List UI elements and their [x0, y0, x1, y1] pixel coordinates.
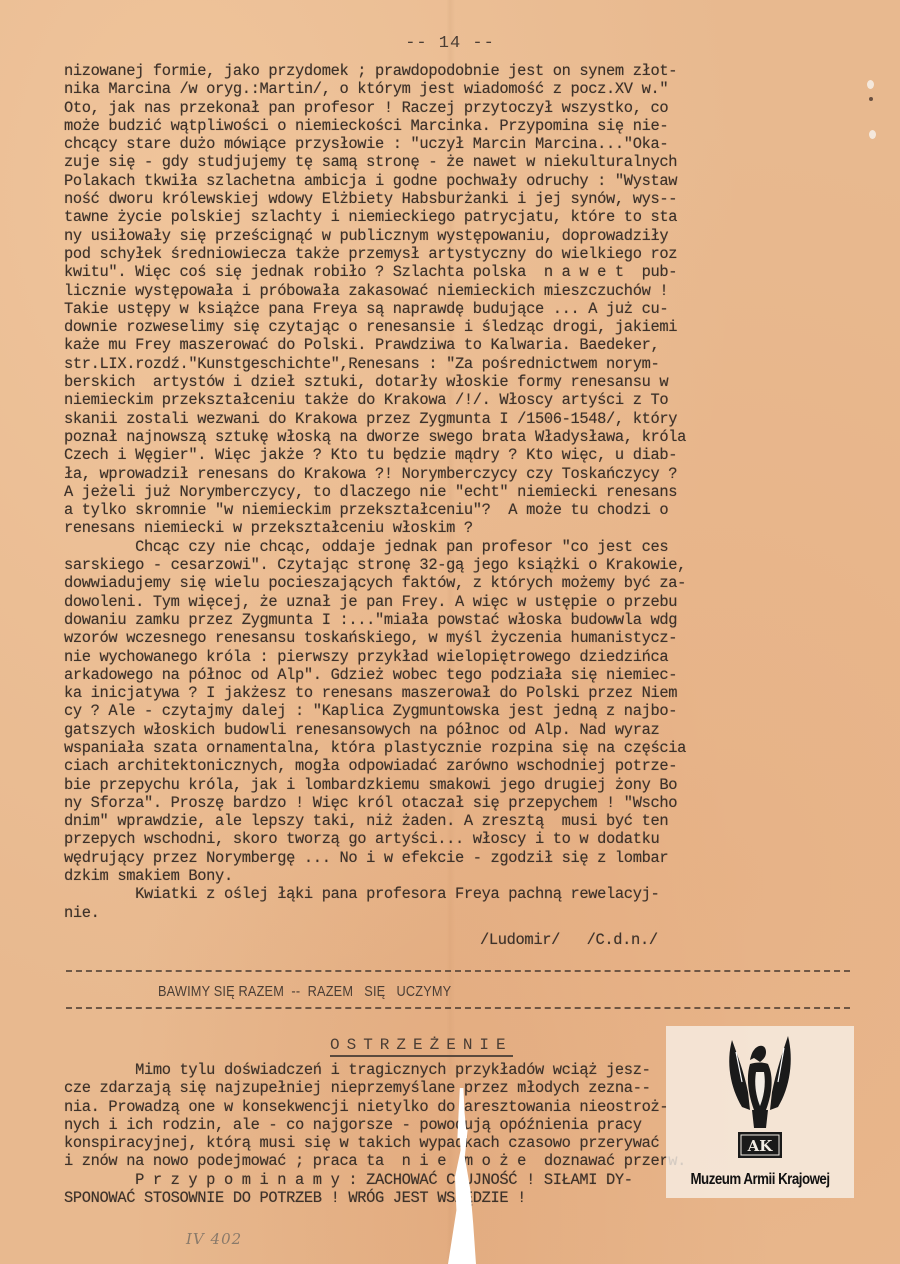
- warning-title: OSTRZEŻENIE: [330, 1036, 513, 1057]
- eagle-anchor-emblem-icon: AK: [724, 1032, 796, 1162]
- text-line: ny usiłowały się prześcignąć w publiczny…: [64, 227, 864, 245]
- text-line: bie przepychu króla, jak i lombardzkiemu…: [64, 776, 864, 794]
- svg-text:AK: AK: [747, 1137, 774, 1155]
- text-line: berskich artystów i dzieł sztuki, dotarł…: [64, 373, 864, 391]
- punch-hole: [869, 130, 876, 139]
- text-line: arkadowego na północ od Alp". Gdzież wob…: [64, 666, 864, 684]
- text-line: Polakach tkwiła szlachetna ambicja i god…: [64, 172, 864, 190]
- text-line: sarskiego - cesarzowi". Czytając stronę …: [64, 556, 864, 574]
- text-line: tawne życie polskiej szlachty i niemieck…: [64, 208, 864, 226]
- text-line: ny Sforza". Proszę bardzo ! Więc król ot…: [64, 794, 864, 812]
- text-line: A jeżeli już Norymberczycy, to dlaczego …: [64, 483, 864, 501]
- text-line: nie wychowanego króla : pierwszy przykła…: [64, 648, 864, 666]
- text-line: poznał najnowszą sztukę włoską na dworze…: [64, 428, 864, 446]
- text-line: cy ? Ale - czytajmy dalej : "Kaplica Zyg…: [64, 702, 864, 720]
- punch-hole-mark: [869, 97, 873, 101]
- text-line: ła, wprowadził renesans do Krakowa ?! No…: [64, 465, 864, 483]
- text-line: downie rozweselimy się czytając o renesa…: [64, 318, 864, 336]
- text-line: dowwiadujemy się wielu pocieszających fa…: [64, 574, 864, 592]
- archive-number: IV 402: [186, 1230, 242, 1248]
- museum-watermark: AK Muzeum Armii Krajowej: [666, 1026, 854, 1198]
- text-line: wzorów wczesnego renesansu toskańskiego,…: [64, 629, 864, 647]
- text-line: przepych wschodni, skoro tworzą go artyś…: [64, 830, 864, 848]
- text-line: zuje się - gdy studjujemy tę samą stronę…: [64, 153, 864, 171]
- text-line: nika Marcina /w oryg.:Martin/, o którym …: [64, 80, 864, 98]
- page-number: -- 14 --: [0, 34, 900, 53]
- signature: /Ludomir/ /C.d.n./: [480, 931, 780, 949]
- text-line: wspaniała szata ornamentalna, która plas…: [64, 739, 864, 757]
- text-line: pod schyłek średniowiecza także przemysł…: [64, 245, 864, 263]
- text-line: Chcąc czy nie chcąc, oddaje jednak pan p…: [64, 538, 864, 556]
- text-line: ciach architektonicznych, mogła odpowiad…: [64, 757, 864, 775]
- text-line: niemieckim przekształceniu także do Krak…: [64, 391, 864, 409]
- text-line: ka inicjatywa ? I jakżesz to renesans ma…: [64, 684, 864, 702]
- text-line: licznie występowała i próbowała zakasowa…: [64, 282, 864, 300]
- text-line: a tylko skromnie "w niemieckim przekszta…: [64, 501, 864, 519]
- text-line: kwitu". Więc coś się jednak robiło ? Szl…: [64, 263, 864, 281]
- text-line: może budzić wątpliwości o niemieckości M…: [64, 117, 864, 135]
- museum-name: Muzeum Armii Krajowej: [679, 1171, 841, 1189]
- text-line: chcący stare dużo mówiące przysłowie : "…: [64, 135, 864, 153]
- text-line: str.LIX.rozdź."Kunstgeschichte",Renesans…: [64, 355, 864, 373]
- text-line: dnim" wprawdzie, ale lepszy taki, niż ża…: [64, 812, 864, 830]
- text-line: Oto, jak nas przekonał pan profesor ! Ra…: [64, 99, 864, 117]
- text-line: każe mu Frey maszerować do Polski. Prawd…: [64, 336, 864, 354]
- text-line: ność dworu królewskiej wdowy Elżbiety Ha…: [64, 190, 864, 208]
- divider-line: [66, 1007, 850, 1009]
- divider-line: [66, 970, 850, 972]
- document-page: -- 14 -- nizowanej formie, jako przydome…: [0, 0, 900, 1264]
- text-line: nie.: [64, 904, 864, 922]
- text-line: dzkim smakiem Bony.: [64, 867, 864, 885]
- text-line: wędrujący przez Norymbergę ... No i w ef…: [64, 849, 864, 867]
- text-line: renesans niemiecki w przekształceniu wło…: [64, 519, 864, 537]
- motto-heading: BAWIMY SIĘ RAZEM -- RAZEM SIĘ UCZYMY: [158, 983, 668, 1000]
- text-line: gatszych włoskich budowli renesansowych …: [64, 721, 864, 739]
- text-line: Czech i Węgier". Więc jakże ? Kto tu będ…: [64, 446, 864, 464]
- punch-hole: [867, 80, 874, 89]
- text-line: Takie ustępy w książce pana Freya są nap…: [64, 300, 864, 318]
- text-line: skanii zostali wezwani do Krakowa przez …: [64, 410, 864, 428]
- text-line: Kwiatki z oślej łąki pana profesora Frey…: [64, 885, 864, 903]
- article-body: nizowanej formie, jako przydomek ; prawd…: [64, 62, 864, 922]
- text-line: nizowanej formie, jako przydomek ; prawd…: [64, 62, 864, 80]
- text-line: dowaniu zamku przez Zygmunta I :..."miał…: [64, 611, 864, 629]
- text-line: dowoleni. Tym więcej, że uznał je pan Fr…: [64, 593, 864, 611]
